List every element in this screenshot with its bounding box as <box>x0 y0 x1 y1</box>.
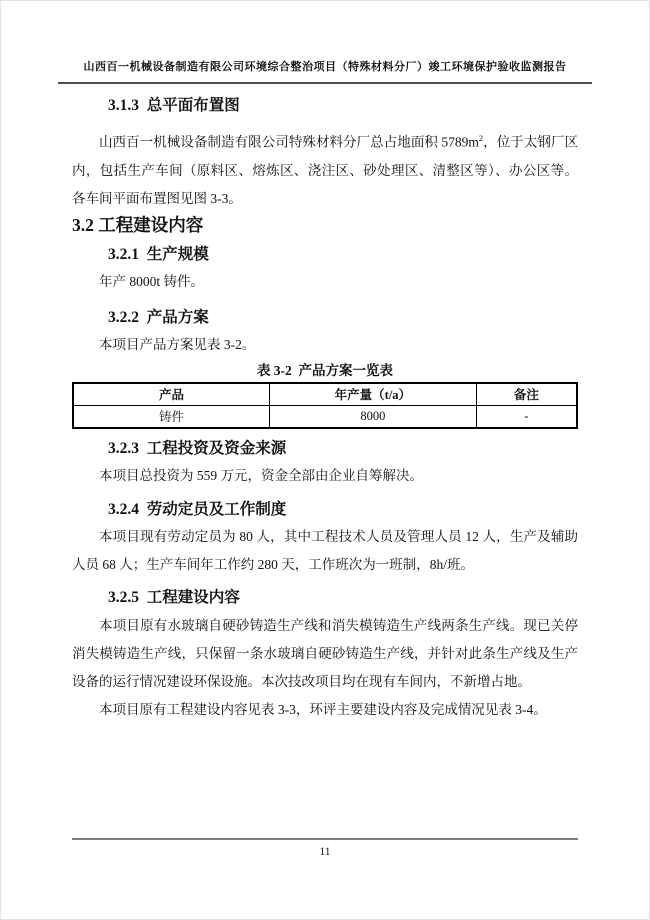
table-cell-remark: - <box>476 405 577 428</box>
page-footer: 11 <box>72 838 578 859</box>
heading-3-2-5: 3.2.5 工程建设内容 <box>108 588 578 608</box>
table-header-annual-output: 年产量（t/a） <box>270 383 477 406</box>
heading-3-2-3: 3.2.3 工程投资及资金来源 <box>108 439 578 459</box>
header-title: 山西百一机械设备制造有限公司环境综合整治项目（特殊材料分厂）竣工环境保护验收监测… <box>84 61 567 73</box>
page-header: 山西百一机械设备制造有限公司环境综合整治项目（特殊材料分厂）竣工环境保护验收监测… <box>58 0 592 84</box>
table-cell-annual-output: 8000 <box>270 405 477 428</box>
paragraph-3-2-1: 年产 8000t 铸件。 <box>72 268 578 296</box>
paragraph-3-1-3: 山西百一机械设备制造有限公司特殊材料分厂总占地面积 5789m2，位于太钢厂区内… <box>72 125 578 213</box>
heading-3-1-3: 3.1.3 总平面布置图 <box>108 96 578 116</box>
paragraph-3-2-2: 本项目产品方案见表 3-2。 <box>72 331 578 359</box>
heading-3-2-1: 3.2.1 生产规模 <box>108 245 578 265</box>
heading-3-2-2: 3.2.2 产品方案 <box>108 308 578 328</box>
table-header-row: 产品 年产量（t/a） 备注 <box>73 383 577 406</box>
paragraph-text: 山西百一机械设备制造有限公司特殊材料分厂总占地面积 5789m <box>99 135 479 150</box>
product-table: 产品 年产量（t/a） 备注 铸件 8000 - <box>72 382 578 429</box>
table-header-product: 产品 <box>73 383 270 406</box>
table-row: 铸件 8000 - <box>73 405 577 428</box>
heading-3-2: 3.2 工程建设内容 <box>72 213 578 237</box>
paragraph-3-2-4: 本项目现有劳动定员为 80 人，其中工程技术人员及管理人员 12 人，生产及辅助… <box>72 523 578 579</box>
table-cell-product: 铸件 <box>73 405 270 428</box>
document-page: 山西百一机械设备制造有限公司环境综合整治项目（特殊材料分厂）竣工环境保护验收监测… <box>0 0 650 920</box>
paragraph-3-2-5-a: 本项目原有水玻璃自硬砂铸造生产线和消失模铸造生产线两条生产线。现已关停消失模铸造… <box>72 612 578 696</box>
table-3-2-caption: 表 3-2 产品方案一览表 <box>72 362 578 380</box>
table-header-remark: 备注 <box>476 383 577 406</box>
page-content: 3.1.3 总平面布置图 山西百一机械设备制造有限公司特殊材料分厂总占地面积 5… <box>0 0 650 724</box>
page-number: 11 <box>319 846 330 858</box>
paragraph-3-2-5-b: 本项目原有工程建设内容见表 3-3，环评主要建设内容及完成情况见表 3-4。 <box>72 696 578 724</box>
paragraph-3-2-3: 本项目总投资为 559 万元，资金全部由企业自筹解决。 <box>72 462 578 490</box>
heading-3-2-4: 3.2.4 劳动定员及工作制度 <box>108 500 578 520</box>
